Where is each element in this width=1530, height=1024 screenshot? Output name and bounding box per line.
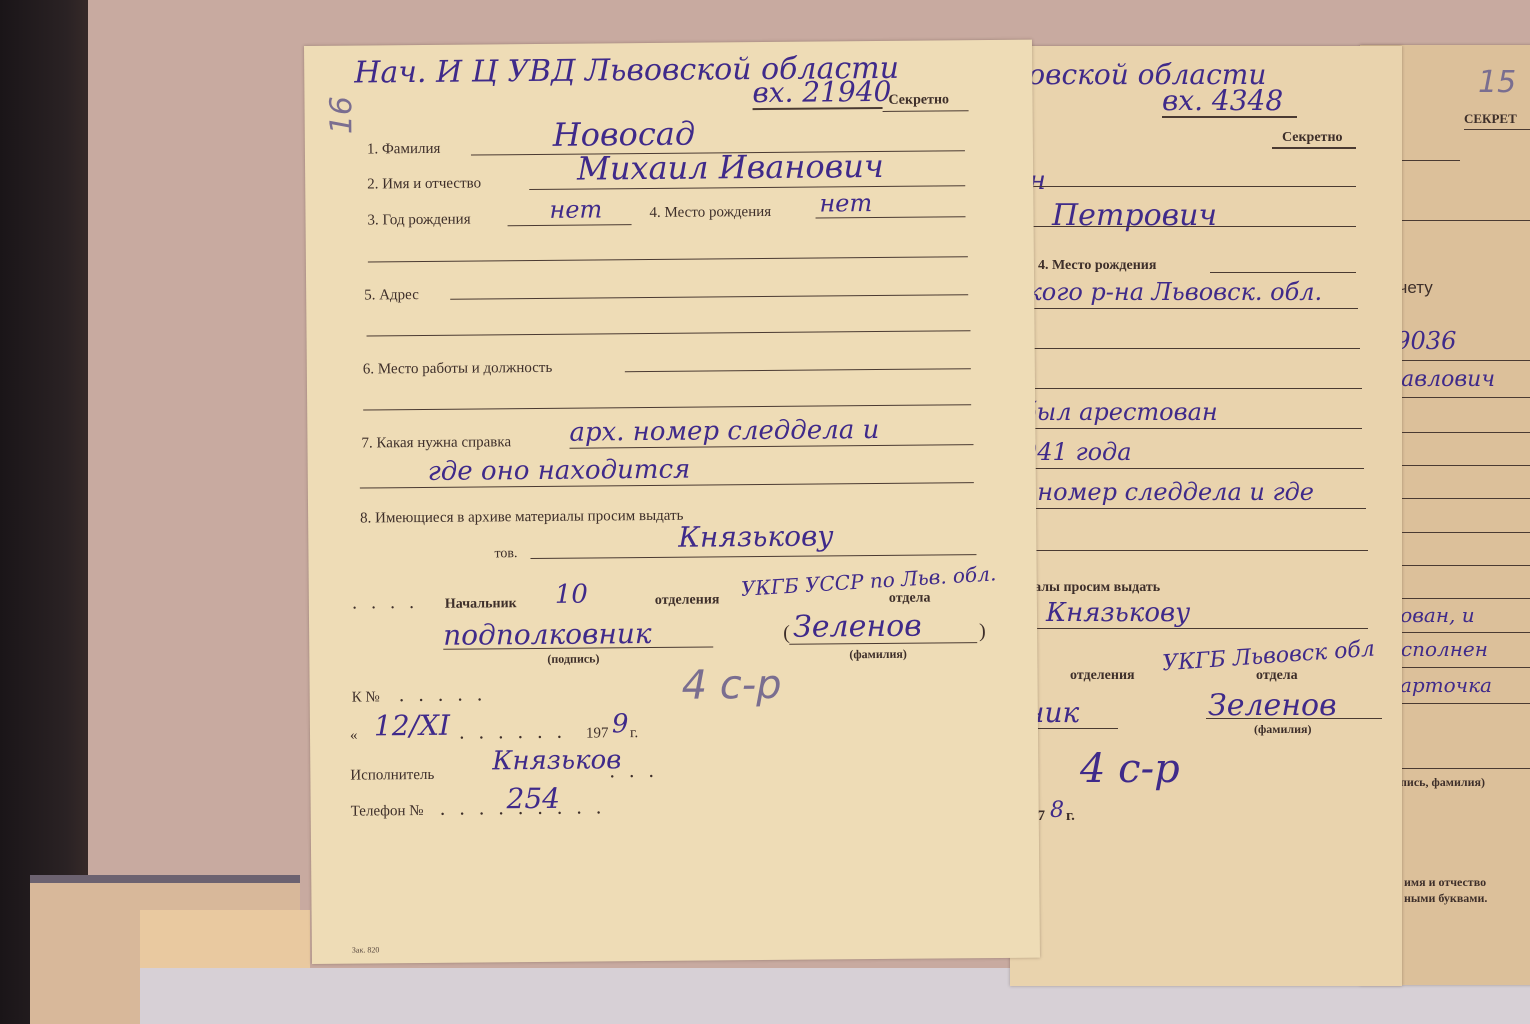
surname-label: 1. Фамилия [367, 141, 441, 159]
dept-label: отделения [655, 592, 720, 609]
year-handwritten: 9 [612, 709, 629, 739]
chief-surname: Зеленов [793, 609, 922, 645]
page-number: 16 [324, 96, 359, 134]
year-suffix: г. [630, 725, 638, 742]
handwritten-value: карточка [1388, 673, 1492, 697]
name-patronymic-value: Михаил Иванович [577, 147, 884, 188]
print-order-stamp: Зак. 820 [352, 945, 380, 954]
front-form-sheet: 16 Нач. И Ц УВД Львовской области вх. 21… [304, 40, 1040, 964]
chief-label: Начальник [445, 596, 517, 613]
section-label: отдела [889, 591, 931, 607]
year-suffix: г. [1066, 808, 1075, 825]
incoming-number: вх. 21940 [752, 75, 891, 109]
year-handwritten: 8 [1050, 798, 1064, 823]
surname-caption: (фамилия) [849, 647, 907, 663]
phone-label: Телефон № [351, 803, 424, 821]
executor-label: Исполнитель [350, 767, 434, 785]
birth-place-label: 4. Место рождения [649, 204, 771, 222]
birth-place-value: ского р-на Львовск. обл. [1014, 278, 1322, 306]
birth-year-value: нет [549, 195, 602, 223]
phone-value: 254 [506, 782, 560, 815]
birth-place-value: нет [819, 189, 872, 217]
materials-label: 8. Имеющиеся в архиве материалы просим в… [360, 508, 683, 528]
secret-label: Секретно [1282, 130, 1343, 146]
caption: пись, фамилия) [1400, 775, 1485, 790]
patronymic-value: Петрович [1052, 198, 1217, 233]
desk-edge [0, 0, 95, 1024]
k-number-label: К № [352, 689, 380, 706]
certificate-label: 7. Какая нужна справка [361, 434, 511, 452]
middle-form-sheet: вовской области вх. 4348 Секретно ин Пет… [1010, 46, 1402, 986]
name-patronymic-label: 2. Имя и отчество [367, 175, 481, 193]
signature-caption: (подпись) [547, 651, 599, 666]
footer-note: ными буквами. [1404, 891, 1487, 906]
dept-value: УКГБ УССР по Льв. обл. [740, 561, 997, 601]
dept-number: 10 [555, 580, 588, 610]
dept-label: отделения [1070, 668, 1135, 684]
birth-place-label: 4. Место рождения [1038, 258, 1156, 274]
incoming-number: вх. 4348 [1162, 84, 1283, 117]
executor-value: Князьков [492, 745, 621, 776]
recipient-value: Князькову [678, 519, 834, 553]
note-line: . номер следдела и где [1022, 478, 1314, 506]
note-line: 941 года [1022, 438, 1132, 466]
resolution-note: 4 с-р [681, 662, 781, 709]
footer-note: имя и отчество [1404, 875, 1486, 890]
handwritten-value: исполнен [1388, 637, 1488, 661]
certificate-value: где оно находится [428, 455, 691, 487]
section-label: отдела [1256, 668, 1298, 684]
date-value: 12/XI [374, 709, 450, 743]
note-line: был арестован [1022, 398, 1218, 426]
year-printed: 197 [586, 725, 609, 742]
resolution-note: 4 с-р [1080, 746, 1180, 792]
page-number: 15 [1478, 65, 1516, 100]
materials-label: налы просим выдать [1026, 580, 1160, 596]
secret-label: Секретно [888, 92, 949, 109]
surname-caption: (фамилия) [1254, 722, 1312, 737]
birth-year-label: 3. Год рождения [367, 212, 470, 230]
address-label: 5. Адрес [364, 287, 419, 304]
certificate-value: арх. номер следдела и [569, 415, 879, 448]
recipient-value: Князькову [1046, 598, 1190, 628]
secret-label: СЕКРЕТ [1464, 111, 1517, 127]
workplace-label: 6. Место работы и должность [363, 360, 553, 379]
recipient-label: тов. [494, 546, 517, 562]
date-prefix: « [350, 728, 358, 745]
